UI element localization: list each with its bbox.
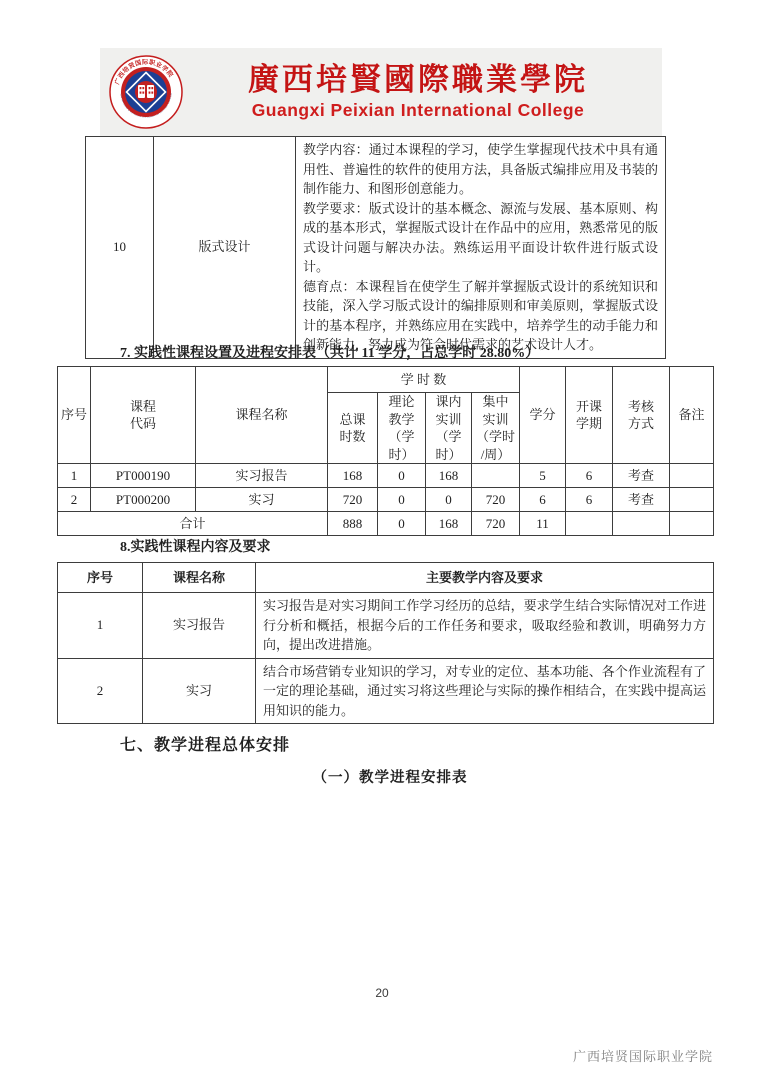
footer-college-name: 广西培贤国际职业学院: [573, 1046, 713, 1065]
cell-remark: [670, 488, 714, 512]
cell-total-hours: 720: [328, 488, 378, 512]
cell-remark: [670, 464, 714, 488]
chapter-heading: 七、教学进程总体安排: [120, 732, 290, 755]
cell-seq: 2: [58, 658, 143, 724]
cell-seq: 2: [58, 488, 91, 512]
header-total-hours: 总课 时数: [328, 393, 378, 464]
header-remark: 备注: [670, 367, 714, 464]
cell-remark: [670, 512, 714, 536]
cell-semester: 6: [566, 488, 613, 512]
teaching-content-paragraph: 教学内容：通过本课程的学习，使学生掌握现代技术中具有通用性、普遍性的软件的使用方…: [303, 140, 658, 199]
cell-assessment: 考查: [613, 464, 670, 488]
table-row: 1 PT000190 实习报告 168 0 168 5 6 考查: [58, 464, 714, 488]
header-theory-hours: 理论 教学 （学 时）: [378, 393, 426, 464]
table-row: 10 版式设计 教学内容：通过本课程的学习，使学生掌握现代技术中具有通用性、普遍…: [86, 137, 666, 359]
cell-inclass-hours: 168: [426, 512, 472, 536]
chapter-subheading: （一）教学进程安排表: [0, 766, 764, 787]
header-course-code: 课程 代码: [91, 367, 196, 464]
cell-seq: 10: [86, 137, 154, 359]
cell-semester: 6: [566, 464, 613, 488]
header-row: 序号 课程 代码 课程名称 学 时 数 学分 开课 学期 考核 方式 备注: [58, 367, 714, 393]
section7-heading: 7. 实践性课程设置及进程安排表（共计 11 学分，占总学时 28.80%）: [120, 342, 539, 362]
header-content: 主要教学内容及要求: [256, 563, 714, 593]
college-logo: 广西培贤国际职业学院 GUANGXI PEIXIAN INTERNATIONAL…: [106, 54, 186, 130]
cell-credits: 11: [520, 512, 566, 536]
header-hours-group: 学 时 数: [328, 367, 520, 393]
cell-theory-hours: 0: [378, 488, 426, 512]
table-row: 2 实习 结合市场营销专业知识的学习，对专业的定位、基本功能、各个作业流程有了一…: [58, 658, 714, 724]
section8-heading: 8.实践性课程内容及要求: [120, 536, 271, 556]
cell-theory-hours: 0: [378, 512, 426, 536]
course-detail-table: 10 版式设计 教学内容：通过本课程的学习，使学生掌握现代技术中具有通用性、普遍…: [85, 136, 666, 359]
table-row: 1 实习报告 实习报告是对实习期间工作学习经历的总结，要求学生结合实际情况对工作…: [58, 593, 714, 659]
header-assessment: 考核 方式: [613, 367, 670, 464]
college-header-banner: 广西培贤国际职业学院 GUANGXI PEIXIAN INTERNATIONAL…: [100, 48, 662, 136]
cell-total-hours: 168: [328, 464, 378, 488]
page-number: 20: [0, 986, 764, 1000]
header-course-name: 课程名称: [196, 367, 328, 464]
cell-theory-hours: 0: [378, 464, 426, 488]
header-inclass-hours: 课内 实训 （学 时）: [426, 393, 472, 464]
cell-assessment: 考查: [613, 488, 670, 512]
table-row: 2 PT000200 实习 720 0 0 720 6 6 考查: [58, 488, 714, 512]
total-row: 合计 888 0 168 720 11: [58, 512, 714, 536]
cell-course-code: PT000190: [91, 464, 196, 488]
header-course-name: 课程名称: [143, 563, 256, 593]
cell-course-name: 实习: [196, 488, 328, 512]
cell-course-code: PT000200: [91, 488, 196, 512]
header-semester: 开课 学期: [566, 367, 613, 464]
cell-concentrated-hours: [472, 464, 520, 488]
cell-credits: 6: [520, 488, 566, 512]
practical-course-content-table: 序号 课程名称 主要教学内容及要求 1 实习报告 实习报告是对实习期间工作学习经…: [57, 562, 714, 724]
header-concentrated-hours: 集中 实训 （学时 /周）: [472, 393, 520, 464]
cell-total-hours: 888: [328, 512, 378, 536]
cell-concentrated-hours: 720: [472, 488, 520, 512]
cell-inclass-hours: 168: [426, 464, 472, 488]
cell-seq: 1: [58, 593, 143, 659]
cell-course-name: 版式设计: [154, 137, 296, 359]
cell-content: 结合市场营销专业知识的学习，对专业的定位、基本功能、各个作业流程有了一定的理论基…: [256, 658, 714, 724]
practical-course-schedule-table: 序号 课程 代码 课程名称 学 时 数 学分 开课 学期 考核 方式 备注 总课…: [57, 366, 714, 536]
cell-content: 实习报告是对实习期间工作学习经历的总结，要求学生结合实际情况对工作进行分析和概括…: [256, 593, 714, 659]
cell-seq: 1: [58, 464, 91, 488]
cell-semester: [566, 512, 613, 536]
cell-total-label: 合计: [58, 512, 328, 536]
cell-course-name: 实习: [143, 658, 256, 724]
cell-concentrated-hours: 720: [472, 512, 520, 536]
header-row: 序号 课程名称 主要教学内容及要求: [58, 563, 714, 593]
header-seq: 序号: [58, 563, 143, 593]
cell-assessment: [613, 512, 670, 536]
cell-course-name: 实习报告: [143, 593, 256, 659]
cell-credits: 5: [520, 464, 566, 488]
teaching-requirement-paragraph: 教学要求：版式设计的基本概念、源流与发展、基本原则、构成的基本形式，掌握版式设计…: [303, 199, 658, 277]
header-seq: 序号: [58, 367, 91, 464]
college-name-en: Guangxi Peixian International College: [186, 100, 650, 121]
cell-inclass-hours: 0: [426, 488, 472, 512]
college-logo-icon: 广西培贤国际职业学院 GUANGXI PEIXIAN INTERNATIONAL…: [108, 54, 184, 130]
cell-course-name: 实习报告: [196, 464, 328, 488]
cell-course-description: 教学内容：通过本课程的学习，使学生掌握现代技术中具有通用性、普遍性的软件的使用方…: [296, 137, 666, 359]
header-credits: 学分: [520, 367, 566, 464]
college-name-zh: 廣西培賢國際職業學院: [186, 63, 650, 97]
